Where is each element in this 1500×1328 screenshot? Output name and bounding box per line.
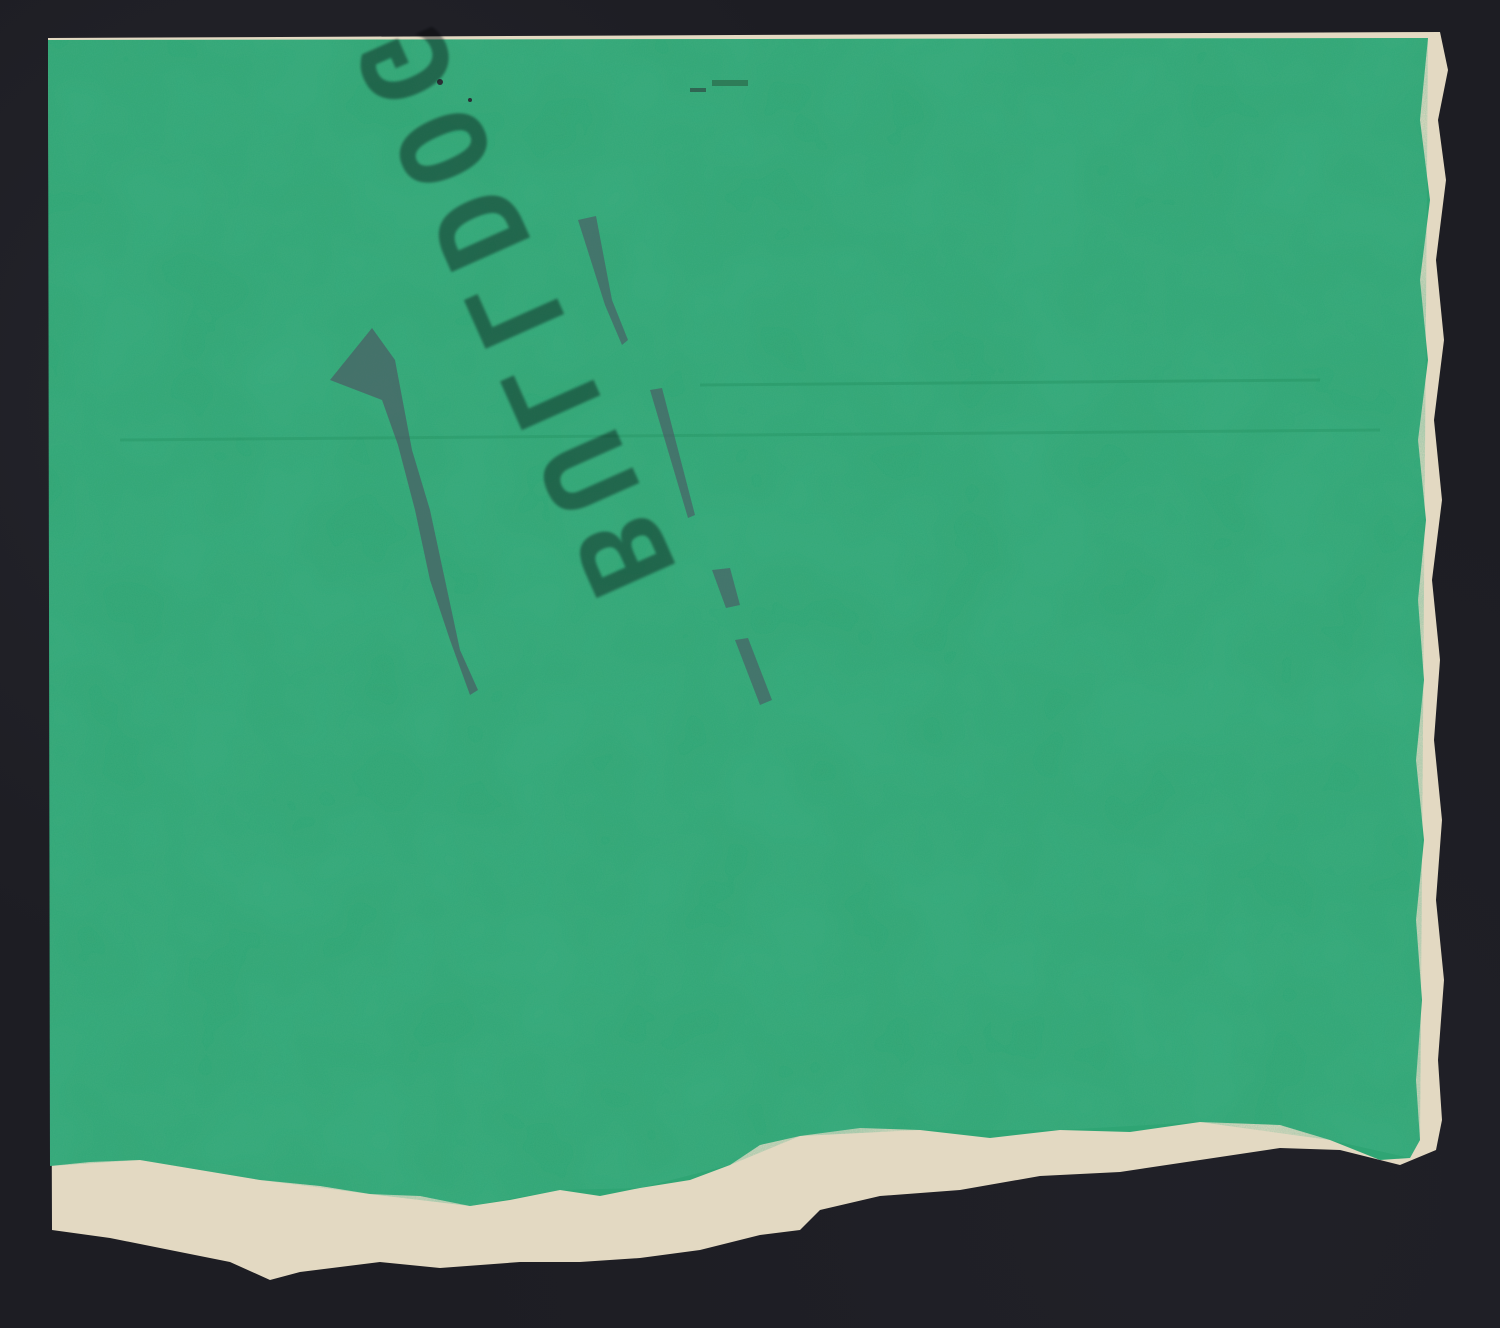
paper-fragment xyxy=(0,0,1500,1328)
